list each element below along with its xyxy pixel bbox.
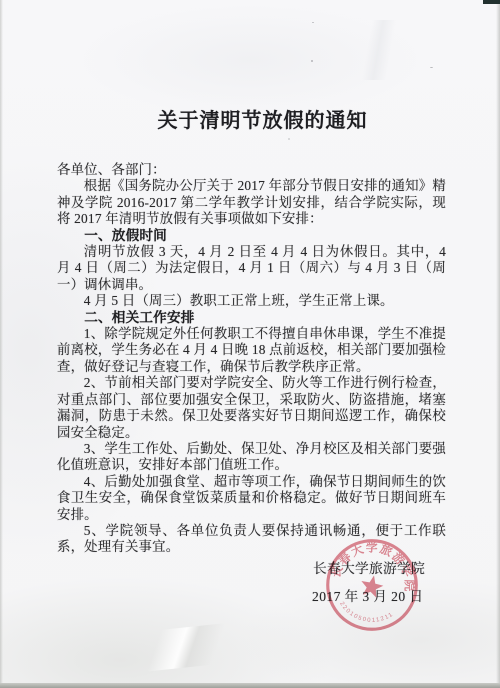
section-2-item: 2、节前相关部门要对学院安全、防火等工作进行例行检查，对重点部门、部位要加强安全… xyxy=(57,375,446,441)
section-2-item: 1、除学院规定外任何教职工不得擅自串休串课，学生不准提前离校，学生务必在 4 月… xyxy=(57,326,446,375)
intro-paragraph: 根据《国务院办公厅关于 2017 年部分节假日安排的通知》精神及学院 2016-… xyxy=(57,178,446,227)
section-2-heading: 二、相关工作安排 xyxy=(57,310,446,326)
section-1-paragraph: 4 月 5 日（周三）教职工正常上班，学生正常上课。 xyxy=(57,293,446,309)
section-1-paragraph: 清明节放假 3 天，4 月 2 日至 4 月 4 日为休假日。其中，4 月 4 … xyxy=(57,244,446,293)
scan-edge-left xyxy=(0,0,3,683)
seal-number-text: 2201050011211 xyxy=(335,600,395,629)
official-seal-stamp: 长春大学旅游学院 2201050011211 xyxy=(302,515,442,655)
notice-document: 关于清明节放假的通知 各单位、各部门： 根据《国务院办公厅关于 2017 年部分… xyxy=(57,0,446,556)
section-2-item: 3、学生工作处、后勤处、保卫处、净月校区及相关部门要强化值班意识，安排好本部门值… xyxy=(57,441,446,474)
section-1-heading: 一、放假时间 xyxy=(57,228,446,244)
document-body: 各单位、各部门： 根据《国务院办公厅关于 2017 年部分节假日安排的通知》精神… xyxy=(57,162,446,556)
scanned-paper: 关于清明节放假的通知 各单位、各部门： 根据《国务院办公厅关于 2017 年部分… xyxy=(0,0,500,683)
salutation: 各单位、各部门： xyxy=(57,162,446,178)
seal-star-icon xyxy=(359,573,385,599)
scan-corner-mark xyxy=(483,0,500,4)
scan-edge-bottom xyxy=(0,683,500,688)
scan-edge-right xyxy=(496,0,500,683)
section-2-item: 4、后勤处加强食堂、超市等项工作，确保节日期间师生的饮食卫生安全，确保食堂饭菜质… xyxy=(57,474,446,523)
document-title: 关于清明节放假的通知 xyxy=(79,104,446,133)
paper-crease xyxy=(59,616,302,681)
